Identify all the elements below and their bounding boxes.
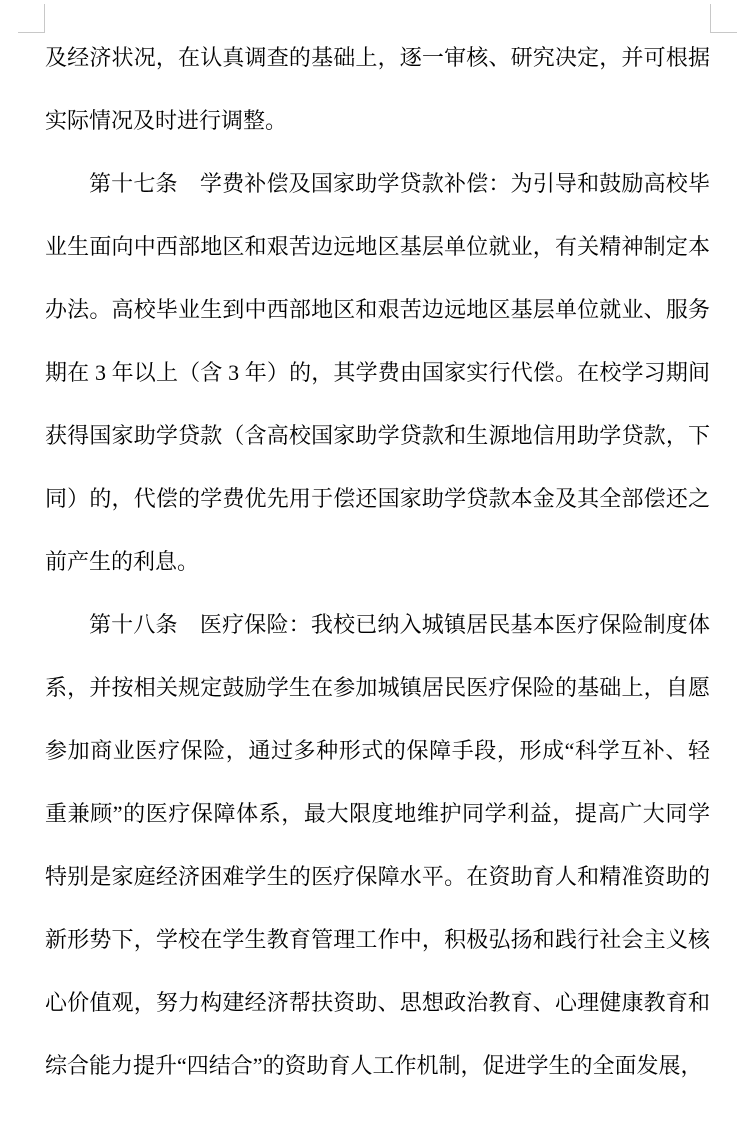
paragraph-article-18: 第十八条 医疗保险：我校已纳入城镇居民基本医疗保险制度体系，并按相关规定鼓励学生…: [45, 593, 710, 1097]
margin-crop-mark-top-right: [710, 4, 737, 33]
document-body: 及经济状况，在认真调查的基础上，逐一审核、研究决定，并可根据实际情况及时进行调整…: [45, 26, 710, 1097]
paragraph-article-17: 第十七条 学费补偿及国家助学贷款补偿：为引导和鼓励高校毕业生面向中西部地区和艰苦…: [45, 152, 710, 593]
margin-crop-mark-top-left: [18, 4, 45, 33]
paragraph-continuation: 及经济状况，在认真调查的基础上，逐一审核、研究决定，并可根据实际情况及时进行调整…: [45, 26, 710, 152]
document-page: 及经济状况，在认真调查的基础上，逐一审核、研究决定，并可根据实际情况及时进行调整…: [0, 0, 749, 1131]
